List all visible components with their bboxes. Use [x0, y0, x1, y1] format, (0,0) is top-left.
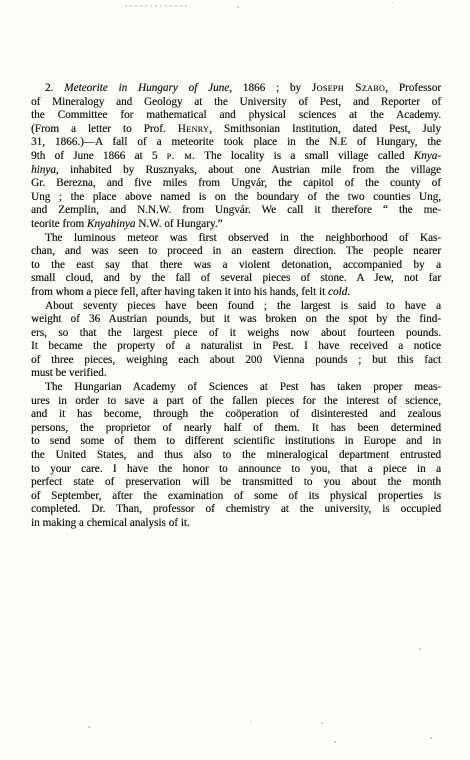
- body-text: Ung ; the place above named is on the bo…: [31, 191, 441, 203]
- text-line: to the east say that there was a violent…: [31, 259, 441, 273]
- text-line: of Mineralogy and Geology at the Univers…: [31, 96, 441, 110]
- text-line: must be verified.: [31, 367, 441, 381]
- page-text: 2. Meteorite in Hungary of June, 1866 ; …: [31, 82, 441, 531]
- body-text: The luminous meteor was first observed i…: [45, 232, 441, 244]
- text-line: to your care. I have the honor to announ…: [31, 463, 441, 477]
- text-line: weight of 36 Austrian pounds, but it was…: [31, 313, 441, 327]
- paragraph: About seventy pieces have been found ; t…: [31, 300, 441, 382]
- text-line: The Hungarian Academy of Sciences at Pes…: [31, 381, 441, 395]
- italic-text: Knyahinya: [87, 218, 135, 230]
- scan-speck: [334, 741, 336, 743]
- body-text: and Zemplin, and N.N.W. from Ungvár. We …: [31, 204, 441, 216]
- body-text: , Professor: [385, 82, 441, 94]
- paragraph: 2. Meteorite in Hungary of June, 1866 ; …: [31, 82, 441, 232]
- body-text: chan, and was seen to proceed in an east…: [31, 245, 441, 257]
- text-line: The luminous meteor was first observed i…: [31, 232, 441, 246]
- text-line: hinya, inhabited by Rusznyaks, about one…: [31, 164, 441, 178]
- body-text: of three pieces, weighing each about 200…: [31, 354, 441, 366]
- italic-text: Knya-: [414, 150, 441, 162]
- body-text: of Mineralogy and Geology at the Univers…: [31, 96, 441, 108]
- italic-text: hinya: [31, 164, 56, 176]
- body-text: N.W. of Hungary.”: [135, 218, 222, 230]
- text-line: teorite from Knyahinya N.W. of Hungary.”: [31, 218, 441, 232]
- text-line: in making a chemical analysis of it.: [31, 517, 441, 531]
- body-text: It became the property of a naturalist i…: [31, 340, 441, 352]
- smallcaps-text: p. m.: [167, 150, 195, 162]
- scan-speck: [237, 6, 239, 8]
- body-text: to send some of them to different scient…: [31, 435, 441, 447]
- body-text: to your care. I have the honor to announ…: [31, 463, 441, 475]
- body-text: of September, after the examination of s…: [31, 490, 441, 502]
- body-text: , Smithsonian Institution, dated Pest, J…: [209, 123, 441, 135]
- text-line: 9th of June 1866 at 5 p. m. The locality…: [31, 150, 441, 164]
- body-text: teorite from: [31, 218, 87, 230]
- text-line: and it has become, through the coöperati…: [31, 408, 441, 422]
- italic-text: cold: [328, 286, 347, 298]
- scan-speck: [430, 737, 432, 739]
- text-line: ers, so that the largest piece of it wei…: [31, 327, 441, 341]
- text-line: ures in order to save a part of the fall…: [31, 395, 441, 409]
- body-text: in making a chemical analysis of it.: [31, 517, 190, 529]
- smallcaps-text: Joseph Szabo: [312, 82, 385, 94]
- scan-speck: [250, 721, 251, 722]
- smallcaps-text: Henry: [178, 123, 209, 135]
- text-line: from whom a piece fell, after having tak…: [31, 286, 441, 300]
- text-line: small cloud, and by the fall of several …: [31, 272, 441, 286]
- body-text: 31, 1866.)—A fall of a meteorite took pl…: [31, 136, 441, 148]
- scan-speck: [88, 726, 90, 728]
- text-line: Gr. Berezna, and five miles from Ungvár,…: [31, 177, 441, 191]
- body-text: must be verified.: [31, 367, 107, 379]
- body-text: Gr. Berezna, and five miles from Ungvár,…: [31, 177, 441, 189]
- body-text: , 1866 ; by: [229, 82, 312, 94]
- body-text: , inhabited by Rusznyaks, about one Aust…: [56, 164, 441, 176]
- body-text: 2.: [45, 82, 64, 94]
- body-text: to the east say that there was a violent…: [31, 259, 441, 271]
- body-text: persons, the proprietor of nearly half o…: [31, 422, 441, 434]
- body-text: ures in order to save a part of the fall…: [31, 395, 441, 407]
- text-line: Ung ; the place above named is on the bo…: [31, 191, 441, 205]
- body-text: weight of 36 Austrian pounds, but it was…: [31, 313, 441, 325]
- text-line: of September, after the examination of s…: [31, 490, 441, 504]
- body-text: ers, so that the largest piece of it wei…: [31, 327, 441, 339]
- scan-speck: [419, 648, 421, 650]
- body-text: .: [347, 286, 350, 298]
- body-text: from whom a piece fell, after having tak…: [31, 286, 328, 298]
- text-line: the United States, and thus also to the …: [31, 449, 441, 463]
- body-text: The locality is a small village called: [195, 150, 414, 162]
- text-line: 2. Meteorite in Hungary of June, 1866 ; …: [31, 82, 441, 96]
- paragraph: The luminous meteor was first observed i…: [31, 232, 441, 300]
- body-text: perfect state of preservation will be tr…: [31, 476, 441, 488]
- paragraph: The Hungarian Academy of Sciences at Pes…: [31, 381, 441, 531]
- body-text: the Committee for mathematical and physi…: [31, 109, 441, 121]
- italic-text: Meteorite in Hungary of June: [64, 82, 229, 94]
- text-line: About seventy pieces have been found ; t…: [31, 300, 441, 314]
- body-text: (From a letter to Prof.: [31, 123, 178, 135]
- body-text: completed. Dr. Than, professor of chemis…: [31, 503, 441, 515]
- scan-speck: [392, 2, 393, 3]
- body-text: About seventy pieces have been found ; t…: [45, 300, 441, 312]
- body-text: The Hungarian Academy of Sciences at Pes…: [45, 381, 441, 393]
- text-line: persons, the proprietor of nearly half o…: [31, 422, 441, 436]
- text-line: perfect state of preservation will be tr…: [31, 476, 441, 490]
- text-line: chan, and was seen to proceed in an east…: [31, 245, 441, 259]
- body-text: and it has become, through the coöperati…: [31, 408, 441, 420]
- text-line: 31, 1866.)—A fall of a meteorite took pl…: [31, 136, 441, 150]
- body-text: 9th of June 1866 at 5: [31, 150, 167, 162]
- text-line: It became the property of a naturalist i…: [31, 340, 441, 354]
- text-line: completed. Dr. Than, professor of chemis…: [31, 503, 441, 517]
- scan-dotted-artifact: [125, 5, 187, 7]
- body-text: small cloud, and by the fall of several …: [31, 272, 441, 284]
- scan-speck: [321, 722, 323, 724]
- text-line: the Committee for mathematical and physi…: [31, 109, 441, 123]
- text-line: to send some of them to different scient…: [31, 435, 441, 449]
- text-line: and Zemplin, and N.N.W. from Ungvár. We …: [31, 204, 441, 218]
- scanned-page: 2. Meteorite in Hungary of June, 1866 ; …: [0, 0, 470, 760]
- body-text: the United States, and thus also to the …: [31, 449, 441, 461]
- text-line: of three pieces, weighing each about 200…: [31, 354, 441, 368]
- text-line: (From a letter to Prof. Henry, Smithsoni…: [31, 123, 441, 137]
